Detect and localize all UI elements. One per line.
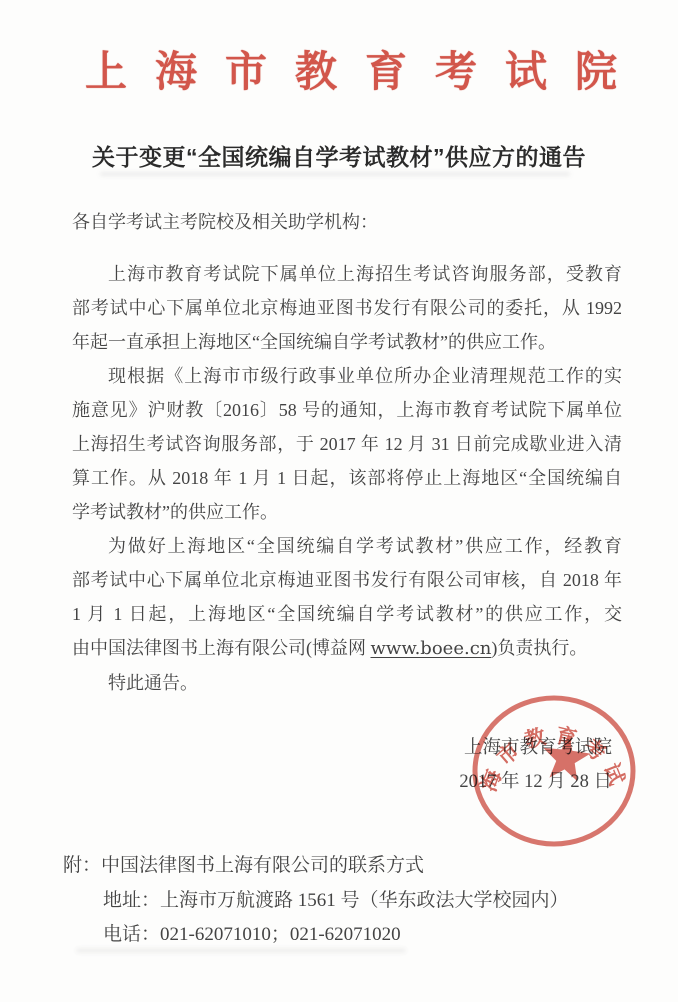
- attachment-block: 附：中国法律图书上海有限公司的联系方式 地址：上海市万航渡路 1561 号（华东…: [63, 849, 569, 953]
- attachment-address: 地址：上海市万航渡路 1561 号（华东政法大学校园内）: [63, 884, 569, 919]
- closing-line: 特此通告。: [72, 666, 622, 700]
- attachment-label: 附：中国法律图书上海有限公司的联系方式: [63, 849, 569, 884]
- scan-smudge-under-heading: [100, 172, 570, 176]
- signature-date: 2017 年 12 月 28 日: [459, 765, 612, 799]
- signature-block: 上海市教育考试院 2017 年 12 月 28 日: [459, 731, 612, 799]
- paragraph-3-line: 为做好上海地区“全国统编自学考试教材”供应工作，经教育: [72, 529, 622, 563]
- paragraph-3-text: )负责执行。: [491, 638, 587, 658]
- paragraph-2-line: 学考试教材”的供应工作。: [72, 495, 622, 529]
- paragraph-3-text: 由中国法律图书上海有限公司(博益网: [72, 638, 371, 658]
- salutation-line: 各自学考试主考院校及相关助学机构：: [72, 205, 622, 239]
- letterhead-title: 上海市教育考试院: [85, 48, 645, 98]
- paragraph-2-line: 上海招生考试咨询服务部，于 2017 年 12 月 31 日前完成歇业进入清: [72, 427, 622, 461]
- paragraph-2-line: 算工作。从 2018 年 1 月 1 日起，该部将停止上海地区“全国统编自: [72, 461, 622, 495]
- signature-org: 上海市教育考试院: [459, 731, 612, 765]
- paragraph-1-line: 年起一直承担上海地区“全国统编自学考试教材”的供应工作。: [72, 325, 622, 359]
- paragraph-3-line: 部考试中心下属单位北京梅迪亚图书发行有限公司审核，自 2018 年: [72, 563, 622, 597]
- paragraph-3-line: 由中国法律图书上海有限公司(博益网 www.boee.cn)负责执行。: [72, 631, 622, 666]
- paragraph-2-line: 现根据《上海市市级行政事业单位所办企业清理规范工作的实: [72, 359, 622, 393]
- boee-website-url: www.boee.cn: [371, 638, 492, 659]
- scanned-notice-page: 上海市教育考试院 关于变更“全国统编自学考试教材”供应方的通告 各自学考试主考院…: [0, 0, 678, 1002]
- paragraph-1-line: 部考试中心下属单位北京梅迪亚图书发行有限公司的委托，从 1992: [72, 291, 622, 325]
- paragraph-1-line: 上海市教育考试院下属单位上海招生考试咨询服务部，受教育: [72, 257, 622, 291]
- scan-smudge-bottom: [76, 948, 406, 953]
- notice-heading: 关于变更“全国统编自学考试教材”供应方的通告: [0, 139, 678, 172]
- notice-body: 各自学考试主考院校及相关助学机构： 上海市教育考试院下属单位上海招生考试咨询服务…: [72, 205, 622, 700]
- paragraph-3-line: 1 月 1 日起，上海地区“全国统编自学考试教材”的供应工作，交: [72, 597, 622, 631]
- paragraph-2-line: 施意见》沪财教〔2016〕58 号的通知，上海市教育考试院下属单位: [72, 393, 622, 427]
